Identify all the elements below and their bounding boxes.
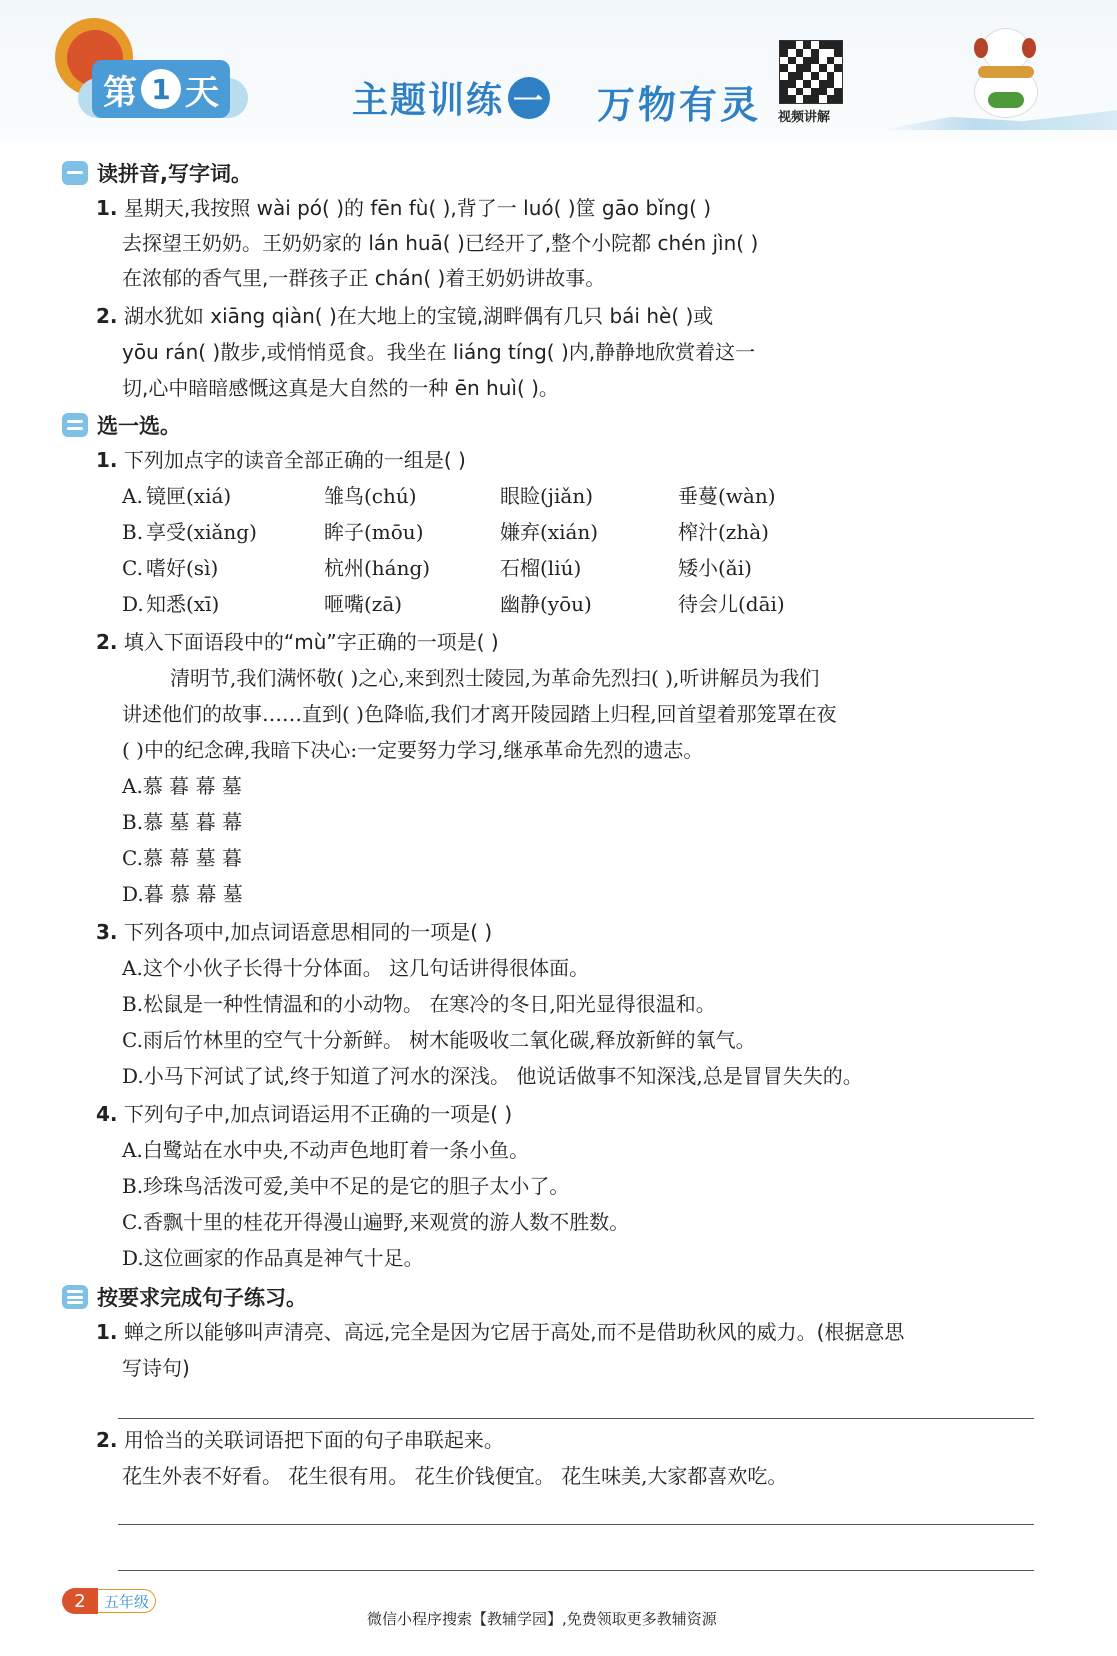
question-line: 切,心中暗暗感慨这真是大自然的一种 ēn huì( )。: [122, 374, 559, 402]
option-row-a: A. 镜匣(xiá) 雏鸟(chú) 眼睑(jiǎn) 垂蔓(wàn): [122, 482, 1022, 512]
theme-number: 一: [508, 77, 550, 119]
theme-subtitle: 万物有灵: [597, 74, 761, 129]
grade-label: 五年级: [98, 1589, 156, 1613]
question-line: 写诗句): [122, 1354, 190, 1382]
question-line: 在浓郁的香气里,一群孩子正 chán( )着王奶奶讲故事。: [122, 264, 605, 292]
section-title: 按要求完成句子练习。: [97, 1282, 307, 1312]
snowman-illustration-icon: [960, 22, 1050, 118]
option-c: C.慕 幕 墓 暮: [122, 844, 242, 872]
day-number: 1: [141, 69, 181, 109]
sentences-to-combine: 花生外表不好看。 花生很有用。 花生价钱便宜。 花生味美,大家都喜欢吃。: [122, 1462, 787, 1490]
page-number: 2: [62, 1588, 98, 1614]
passage-line: 清明节,我们满怀敬( )之心,来到烈士陵园,为革命先烈扫( ),听讲解员为我们: [170, 664, 819, 692]
option-c: C.香飘十里的桂花开得漫山遍野,来观赏的游人数不胜数。: [122, 1208, 629, 1236]
section-title: 读拼音,写字词。: [97, 158, 252, 188]
option-row-c: C. 嗜好(sì) 杭州(háng) 石榴(liú) 矮小(ǎi): [122, 554, 1022, 584]
question-line: 1. 蝉之所以能够叫声清亮、高远,完全是因为它居于高处,而不是借助秋风的威力。(…: [96, 1318, 904, 1346]
option-a: A.这个小伙子长得十分体面。 这几句话讲得很体面。: [122, 954, 589, 982]
question-line: 2. 用恰当的关联词语把下面的句子串联起来。: [96, 1426, 504, 1454]
section-number-two-icon: [62, 413, 88, 437]
option-b: B.松鼠是一种性情温和的小动物。 在寒冷的冬日,阳光显得很温和。: [122, 990, 716, 1018]
qr-label: 视频讲解: [778, 106, 830, 125]
section-number-three-icon: [62, 1285, 88, 1309]
passage-line: 讲述他们的故事……直到( )色降临,我们才离开陵园踏上归程,回首望着那笼罩在夜: [122, 700, 837, 728]
theme-label: 主题训练: [352, 72, 504, 123]
day-prefix: 第: [103, 65, 137, 114]
question-line: yōu rán( )散步,或悄悄觅食。我坐在 liáng tíng( )内,静静…: [122, 338, 755, 366]
question-stem: 2. 填入下面语段中的“mù”字正确的一项是( ): [96, 628, 499, 656]
option-b: B.慕 墓 暮 幕: [122, 808, 242, 836]
answer-line[interactable]: [118, 1524, 1034, 1525]
day-suffix: 天: [185, 65, 219, 114]
option-row-d: D. 知悉(xī) 咂嘴(zā) 幽静(yōu) 待会儿(dāi): [122, 590, 1022, 620]
day-badge: 第 1 天: [92, 60, 230, 118]
section-title: 选一选。: [97, 410, 181, 440]
option-d: D.这位画家的作品真是神气十足。: [122, 1244, 424, 1272]
option-d: D.暮 慕 幕 墓: [122, 880, 243, 908]
question-line: 2. 湖水犹如 xiāng qiàn( )在大地上的宝镜,湖畔偶有几只 bái …: [96, 302, 713, 330]
question-line: 1. 星期天,我按照 wài pó( )的 fēn fù( ),背了一 luó(…: [96, 194, 711, 222]
question-stem: 1. 下列加点字的读音全部正确的一组是( ): [96, 446, 466, 474]
answer-line[interactable]: [118, 1418, 1034, 1419]
qr-code-icon[interactable]: [779, 40, 843, 104]
option-d: D.小马下河试了试,终于知道了河水的深浅。 他说话做事不知深浅,总是冒冒失失的。: [122, 1062, 863, 1090]
option-b: B.珍珠鸟活泼可爱,美中不足的是它的胆子太小了。: [122, 1172, 569, 1200]
option-c: C.雨后竹林里的空气十分新鲜。 树木能吸收二氧化碳,释放新鲜的氧气。: [122, 1026, 756, 1054]
question-line: 去探望王奶奶。王奶奶家的 lán huā( )已经开了,整个小院都 chén j…: [122, 229, 758, 257]
section-1-heading: 读拼音,写字词。: [62, 158, 252, 188]
section-number-one-icon: [62, 161, 88, 185]
page-badge: 2 五年级: [62, 1588, 156, 1614]
theme-title: 主题训练 一: [352, 72, 550, 123]
section-2-heading: 选一选。: [62, 410, 181, 440]
section-3-heading: 按要求完成句子练习。: [62, 1282, 307, 1312]
promo-text: 微信小程序搜索【教辅学园】,免费领取更多教辅资源: [367, 1608, 717, 1629]
option-a: A.白鹭站在水中央,不动声色地盯着一条小鱼。: [122, 1136, 529, 1164]
page-header: 第 1 天 主题训练 一 万物有灵 视频讲解: [0, 0, 1117, 140]
option-a: A.慕 暮 幕 墓: [122, 772, 242, 800]
question-stem: 4. 下列句子中,加点词语运用不正确的一项是( ): [96, 1100, 512, 1128]
passage-line: ( )中的纪念碑,我暗下决心:一定要努力学习,继承革命先烈的遗志。: [122, 736, 703, 764]
option-row-b: B. 享受(xiǎng) 眸子(mōu) 嫌弃(xián) 榨汁(zhà): [122, 518, 1022, 548]
answer-line[interactable]: [118, 1570, 1034, 1571]
question-stem: 3. 下列各项中,加点词语意思相同的一项是( ): [96, 918, 492, 946]
